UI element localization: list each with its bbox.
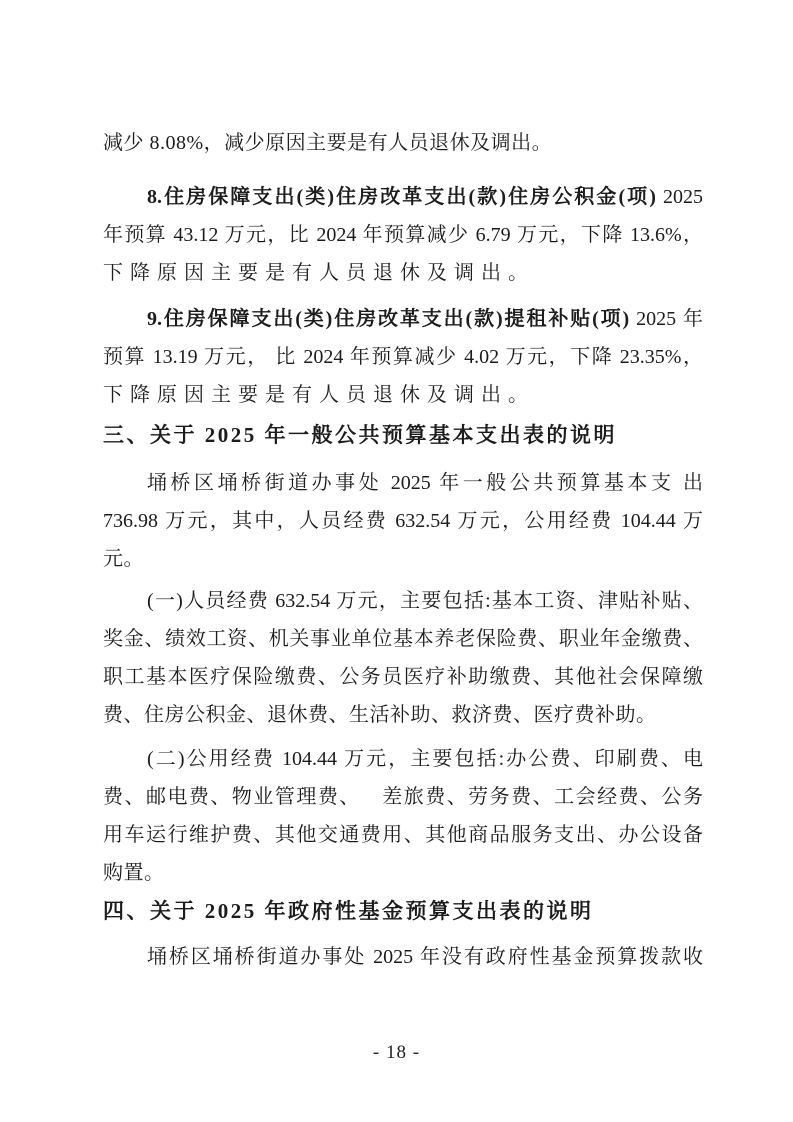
carryover-line: 减少 8.08%，减少原因主要是有人员退休及调出。 <box>103 124 703 162</box>
item9-line1: 9.住房保障支出(类)住房改革支出(款)提租补贴(项) 2025 年 <box>103 300 703 338</box>
personnel-funds-line3: 职工基本医疗保险缴费、公务员医疗补助缴费、其他社会保障缴 <box>103 658 703 696</box>
personnel-funds-line1: (一)人员经费 632.54 万元，主要包括:基本工资、津贴补贴、 <box>103 582 703 620</box>
public-funds-line2: 费、邮电费、物业管理费、 差旅费、劳务费、工会经费、公务 <box>103 778 703 816</box>
item8-line3: 下降原因主要是有人员退休及调出。 <box>103 254 703 292</box>
item9-line3: 下降原因主要是有人员退休及调出。 <box>103 376 703 414</box>
item8-label: 8.住房保障支出(类)住房改革支出(款)住房公积金(项) <box>147 186 656 208</box>
item8-line1-rest: 2025 <box>656 186 703 208</box>
item9-line2: 预算 13.19 万元， 比 2024 年预算减少 4.02 万元，下降 23.… <box>103 338 703 376</box>
section-4-heading: 四、关于 2025 年政府性基金预算支出表的说明 <box>103 892 703 930</box>
personnel-funds-line4: 费、住房公积金、退休费、生活补助、救济费、医疗费补助。 <box>103 696 703 734</box>
document-page: 减少 8.08%，减少原因主要是有人员退休及调出。 8.住房保障支出(类)住房改… <box>0 0 793 1122</box>
personnel-funds-line2: 奖金、绩效工资、机关事业单位基本养老保险费、职业年金缴费、 <box>103 620 703 658</box>
public-funds-line3: 用车运行维护费、其他交通费用、其他商品服务支出、办公设备 <box>103 816 703 854</box>
item9-label: 9.住房保障支出(类)住房改革支出(款)提租补贴(项) <box>147 308 629 330</box>
page-number: - 18 - <box>0 1042 793 1064</box>
item8-line1: 8.住房保障支出(类)住房改革支出(款)住房公积金(项) 2025 <box>103 178 703 216</box>
public-funds-line4: 购置。 <box>103 854 703 892</box>
item9-line1-rest: 2025 年 <box>629 308 703 330</box>
basic-expenditure-line3: 元。 <box>103 540 703 578</box>
item8-line2: 年预算 43.12 万元，比 2024 年预算减少 6.79 万元，下降 13.… <box>103 216 703 254</box>
basic-expenditure-line2: 736.98 万元，其中，人员经费 632.54 万元，公用经费 104.44 … <box>103 502 703 540</box>
basic-expenditure-line1: 埇桥区埇桥街道办事处 2025 年一般公共预算基本支 出 <box>103 464 703 502</box>
page-body: 减少 8.08%，减少原因主要是有人员退休及调出。 8.住房保障支出(类)住房改… <box>103 124 703 976</box>
gov-fund-line1: 埇桥区埇桥街道办事处 2025 年没有政府性基金预算拨款收 <box>103 938 703 976</box>
public-funds-line1: (二)公用经费 104.44 万元，主要包括:办公费、印刷费、电 <box>103 740 703 778</box>
section-3-heading: 三、关于 2025 年一般公共预算基本支出表的说明 <box>103 416 703 454</box>
